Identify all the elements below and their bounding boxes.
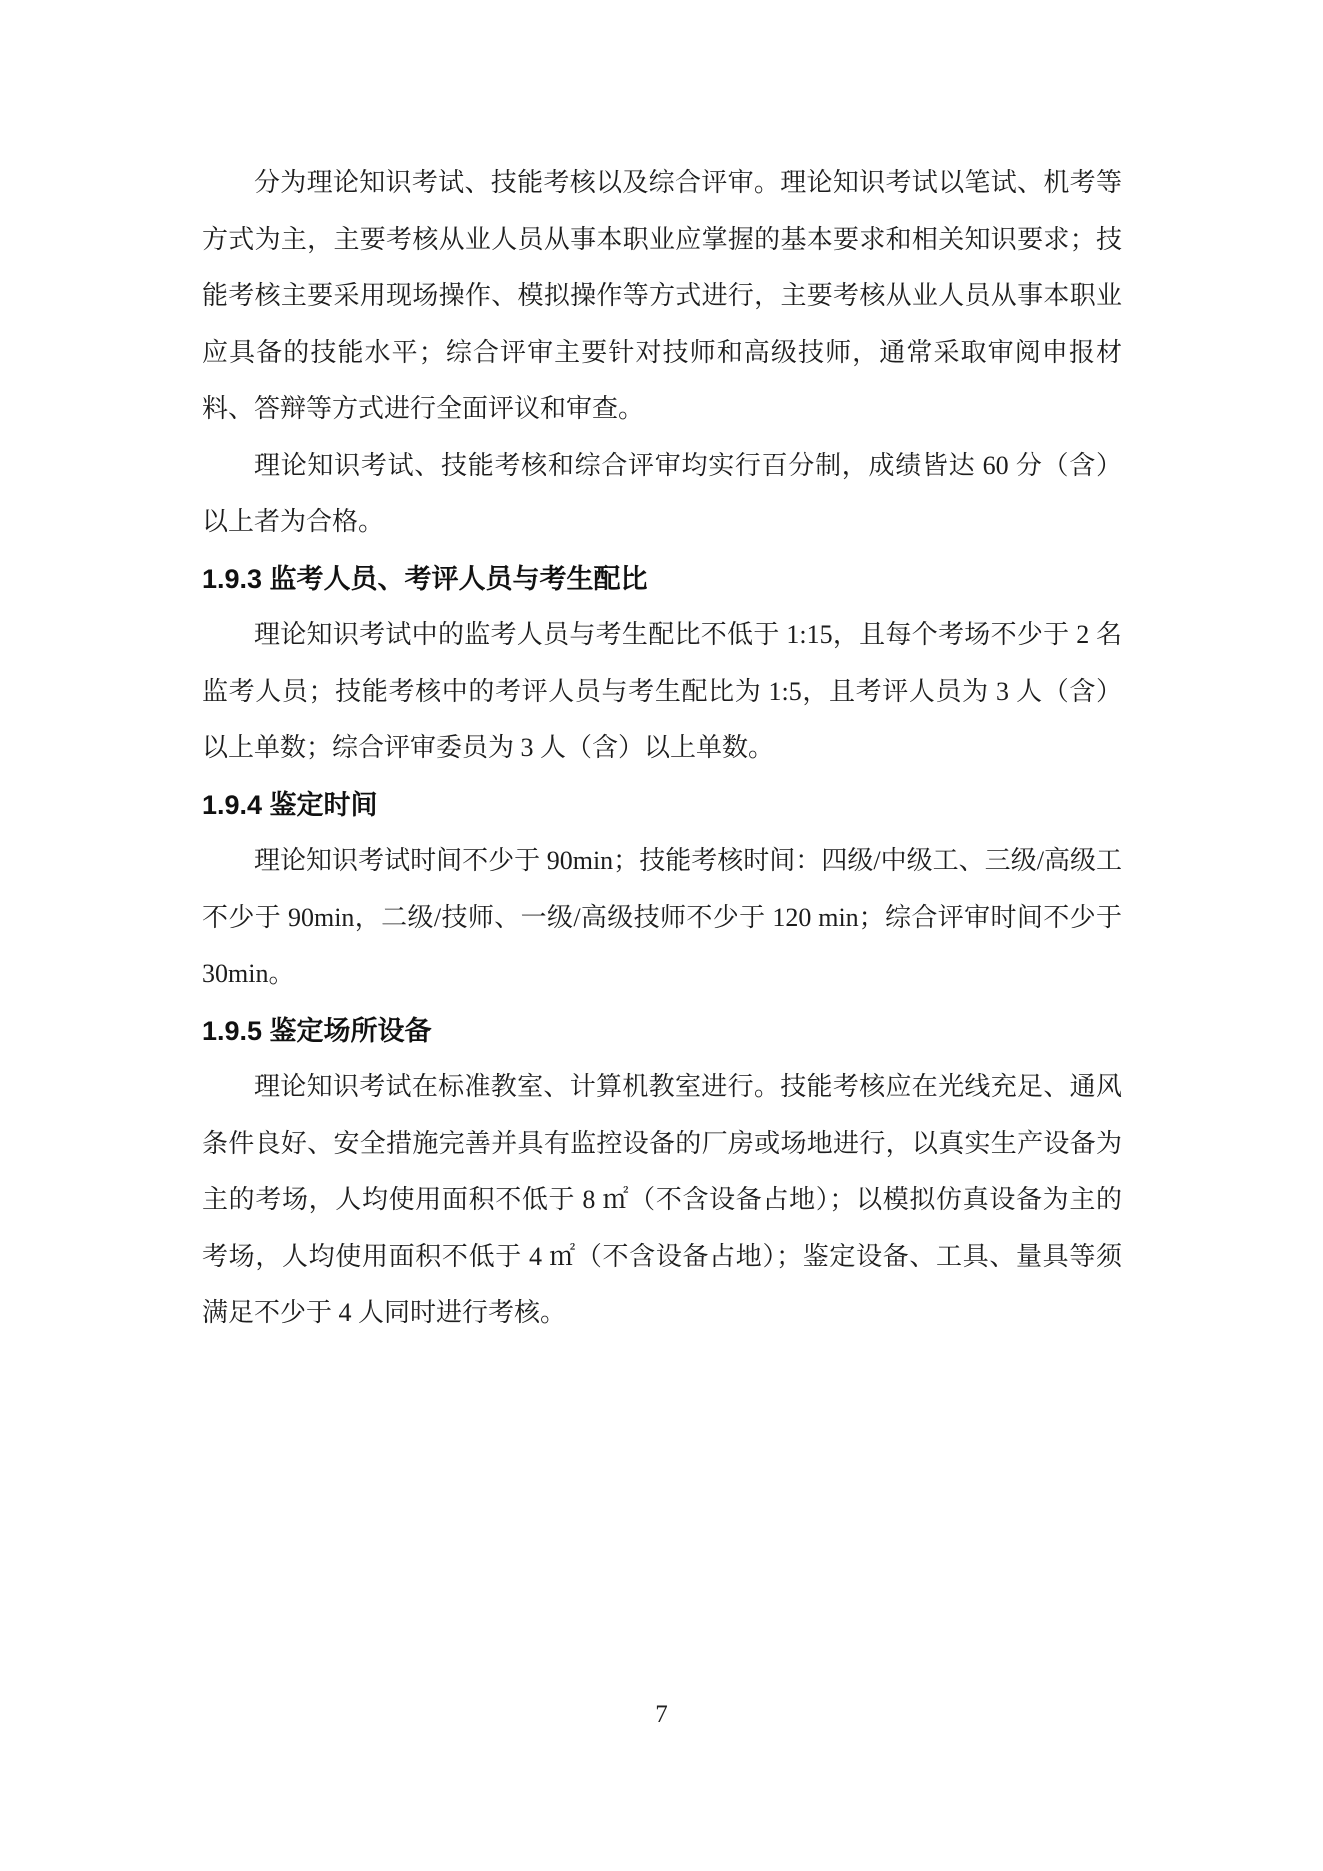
heading-1-9-4-assessment-time: 1.9.4 鉴定时间 — [202, 777, 1122, 834]
paragraph-exam-methods: 分为理论知识考试、技能考核以及综合评审。理论知识考试以笔试、机考等方式为主，主要… — [202, 155, 1122, 438]
page-number: 7 — [0, 1695, 1323, 1735]
heading-1-9-5-venue-equipment: 1.9.5 鉴定场所设备 — [202, 1003, 1122, 1060]
paragraph-venue-equipment: 理论知识考试在标准教室、计算机教室进行。技能考核应在光线充足、通风条件良好、安全… — [202, 1059, 1122, 1342]
paragraph-assessment-time: 理论知识考试时间不少于 90min；技能考核时间：四级/中级工、三级/高级工不少… — [202, 833, 1122, 1003]
paragraph-proctor-ratio: 理论知识考试中的监考人员与考生配比不低于 1:15，且每个考场不少于 2 名监考… — [202, 607, 1122, 777]
page-content: 分为理论知识考试、技能考核以及综合评审。理论知识考试以笔试、机考等方式为主，主要… — [202, 155, 1122, 1342]
heading-1-9-3-proctor-ratio: 1.9.3 监考人员、考评人员与考生配比 — [202, 551, 1122, 608]
document-page: 分为理论知识考试、技能考核以及综合评审。理论知识考试以笔试、机考等方式为主，主要… — [0, 0, 1323, 1871]
paragraph-passing-score: 理论知识考试、技能考核和综合评审均实行百分制，成绩皆达 60 分（含）以上者为合… — [202, 438, 1122, 551]
